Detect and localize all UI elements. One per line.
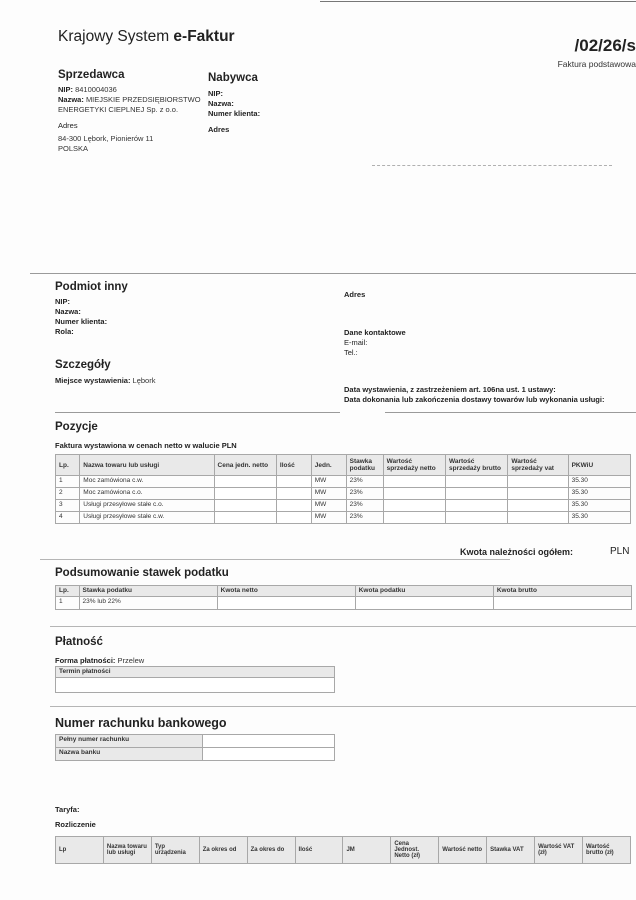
cell-net xyxy=(383,488,445,500)
col-gross: Kwota brutto xyxy=(493,586,631,597)
col-vat-rate: Stawka VAT xyxy=(487,837,535,864)
seller-name-line1: MIEJSKIE PRZEDSIĘBIORSTWO xyxy=(86,95,201,104)
bank-name-value xyxy=(203,748,335,761)
bank-heading: Numer rachunku bankowego xyxy=(55,716,227,730)
other-name-label: Nazwa: xyxy=(55,307,255,317)
cell-unit: MW xyxy=(311,500,346,512)
seller-address-label: Adres xyxy=(58,121,208,131)
seller-nip: 8410004036 xyxy=(75,85,117,94)
tax-summary-header-row: Lp. Stawka podatku Kwota netto Kwota pod… xyxy=(56,586,632,597)
other-client-label: Numer klienta: xyxy=(55,317,255,327)
scan-edge xyxy=(320,1,636,2)
dates-section: Data wystawienia, z zastrzeżeniem art. 1… xyxy=(344,385,636,405)
cell-name: Usługi przesyłowe stałe c.w. xyxy=(80,512,214,524)
col-lp: Lp. xyxy=(56,455,80,476)
cell-unit-price xyxy=(214,512,276,524)
col-unit: JM xyxy=(343,837,391,864)
table-row: 4 Usługi przesyłowe stałe c.w. MW 23% 35… xyxy=(56,512,631,524)
col-unit-price: Cena Jednost. Netto (zł) xyxy=(391,837,439,864)
cell-qty xyxy=(276,500,311,512)
total-label: Kwota należności ogółem: xyxy=(460,547,573,557)
total-currency: PLN xyxy=(610,546,629,557)
cell-lp: 1 xyxy=(56,476,80,488)
cell-net xyxy=(217,597,355,610)
cell-gross xyxy=(493,597,631,610)
seller-section: Sprzedawca NIP: 8410004036 Nazwa: MIEJSK… xyxy=(58,69,208,154)
tariff-label: Taryfa: xyxy=(55,805,79,815)
cell-lp: 2 xyxy=(56,488,80,500)
cell-name: Usługi przesyłowe stałe c.o. xyxy=(80,500,214,512)
cell-pkwiu: 35.30 xyxy=(568,488,630,500)
table-row: 2 Moc zamówiona c.o. MW 23% 35.30 xyxy=(56,488,631,500)
col-net: Wartość sprzedaży netto xyxy=(383,455,445,476)
other-entity-section: Podmiot inny NIP: Nazwa: Numer klienta: … xyxy=(55,281,255,337)
cell-tax xyxy=(355,597,493,610)
positions-heading: Pozycje xyxy=(55,421,98,433)
cell-lp: 4 xyxy=(56,512,80,524)
issue-date-label: Data wystawienia, z zastrzeżeniem art. 1… xyxy=(344,385,636,395)
col-tax: Kwota podatku xyxy=(355,586,493,597)
tax-summary-table: Lp. Stawka podatku Kwota netto Kwota pod… xyxy=(55,585,632,610)
place-value: Lębork xyxy=(133,376,156,385)
bank-table: Pełny numer rachunku Nazwa banku xyxy=(55,734,335,761)
bank-name-row: Nazwa banku xyxy=(56,748,335,761)
cell-lp: 1 xyxy=(56,597,80,610)
col-unit-price: Cena jedn. netto xyxy=(214,455,276,476)
divider xyxy=(30,273,636,274)
cell-pkwiu: 35.30 xyxy=(568,476,630,488)
cell-gross xyxy=(445,476,507,488)
col-vat-amount: Wartość VAT (zł) xyxy=(535,837,583,864)
other-entity-heading: Podmiot inny xyxy=(55,281,255,293)
col-gross: Wartość brutto (zł) xyxy=(582,837,630,864)
cell-unit-price xyxy=(214,500,276,512)
details-heading: Szczegóły xyxy=(55,359,335,371)
payment-due-table: Termin płatności xyxy=(55,666,335,693)
place-label: Miejsce wystawienia: xyxy=(55,376,130,385)
buyer-section: Nabywca NIP: Nazwa: Numer klienta: Adres xyxy=(208,72,328,135)
positions-table: Lp. Nazwa towaru lub usługi Cena jedn. n… xyxy=(55,454,631,524)
invoice-number: /02/26/s xyxy=(575,36,636,56)
cell-gross xyxy=(445,512,507,524)
cell-gross xyxy=(445,500,507,512)
cell-qty xyxy=(276,476,311,488)
cell-unit-price xyxy=(214,488,276,500)
col-name: Nazwa towaru lub usługi xyxy=(103,837,151,864)
title-bold: e-Faktur xyxy=(173,28,234,45)
seller-name-label: Nazwa: xyxy=(58,95,84,104)
other-phone-label: Tel.: xyxy=(344,348,594,358)
cell-qty xyxy=(276,488,311,500)
divider xyxy=(50,626,636,627)
col-gross: Wartość sprzedaży brutto xyxy=(445,455,507,476)
seller-nip-label: NIP: xyxy=(58,85,73,94)
other-contact-label: Dane kontaktowe xyxy=(344,328,594,338)
cell-net xyxy=(383,512,445,524)
other-nip-label: NIP: xyxy=(55,297,255,307)
due-label: Termin płatności xyxy=(56,667,335,678)
details-section: Szczegóły Miejsce wystawienia: Lębork xyxy=(55,359,335,386)
cell-unit-price xyxy=(214,476,276,488)
seller-name-line2: ENERGETYKI CIEPLNEJ Sp. z o.o. xyxy=(58,105,208,115)
col-net: Kwota netto xyxy=(217,586,355,597)
col-period-from: Za okres od xyxy=(199,837,247,864)
bank-account-row: Pełny numer rachunku xyxy=(56,735,335,748)
seller-heading: Sprzedawca xyxy=(58,69,208,81)
divider xyxy=(50,706,636,707)
col-net: Wartość netto xyxy=(439,837,487,864)
seller-address-line2: POLSKA xyxy=(58,144,208,154)
col-name: Nazwa towaru lub usługi xyxy=(80,455,214,476)
payment-due-row xyxy=(56,678,335,693)
due-value xyxy=(56,678,335,693)
settlement-header-row: Lp Nazwa towaru lub usługi Typ urządzeni… xyxy=(56,837,631,864)
col-vat: Wartość sprzedaży vat xyxy=(508,455,568,476)
payment-due-header: Termin płatności xyxy=(56,667,335,678)
cell-tax-rate: 23% xyxy=(346,476,383,488)
payment-method-label: Forma płatności: xyxy=(55,656,115,665)
cell-vat xyxy=(508,488,568,500)
cell-pkwiu: 35.30 xyxy=(568,512,630,524)
cell-tax-rate: 23% xyxy=(346,488,383,500)
other-email-label: E-mail: xyxy=(344,338,594,348)
col-device-type: Typ urządzenia xyxy=(151,837,199,864)
buyer-heading: Nabywca xyxy=(208,72,328,84)
cell-lp: 3 xyxy=(56,500,80,512)
seller-address-line1: 84-300 Lębork, Pionierów 11 xyxy=(58,134,208,144)
payment-heading: Płatność xyxy=(55,636,103,648)
table-row: 1 Moc zamówiona c.w. MW 23% 35.30 xyxy=(56,476,631,488)
col-qty: Ilość xyxy=(276,455,311,476)
faint-line xyxy=(372,165,612,166)
table-row: 3 Usługi przesyłowe stałe c.o. MW 23% 35… xyxy=(56,500,631,512)
buyer-address-label: Adres xyxy=(208,125,328,135)
cell-vat xyxy=(508,500,568,512)
bank-name-label: Nazwa banku xyxy=(56,748,203,761)
cell-unit: MW xyxy=(311,512,346,524)
other-role-label: Rola: xyxy=(55,327,255,337)
cell-gross xyxy=(445,488,507,500)
cell-net xyxy=(383,476,445,488)
tax-summary-heading: Podsumowanie stawek podatku xyxy=(55,567,229,579)
cell-pkwiu: 35.30 xyxy=(568,500,630,512)
buyer-name-label: Nazwa: xyxy=(208,99,328,109)
delivery-date-label: Data dokonania lub zakończenia dostawy t… xyxy=(344,395,636,405)
cell-tax-rate: 23% xyxy=(346,500,383,512)
cell-unit: MW xyxy=(311,476,346,488)
page-title: Krajowy System e-Faktur xyxy=(58,28,235,46)
col-period-to: Za okres do xyxy=(247,837,295,864)
divider xyxy=(55,412,340,413)
other-address-label: Adres xyxy=(344,290,594,300)
col-pkwiu: PKWiU xyxy=(568,455,630,476)
col-lp: Lp. xyxy=(56,586,80,597)
account-label: Pełny numer rachunku xyxy=(56,735,203,748)
invoice-type: Faktura podstawowa xyxy=(558,59,636,69)
col-unit: Jedn. xyxy=(311,455,346,476)
buyer-nip-label: NIP: xyxy=(208,89,328,99)
cell-unit: MW xyxy=(311,488,346,500)
buyer-client-label: Numer klienta: xyxy=(208,109,328,119)
divider xyxy=(385,412,636,413)
col-tax-rate: Stawka podatku xyxy=(346,455,383,476)
cell-vat xyxy=(508,476,568,488)
other-entity-right: Adres Dane kontaktowe E-mail: Tel.: xyxy=(344,290,594,358)
col-qty: Ilość xyxy=(295,837,343,864)
positions-subheading: Faktura wystawiona w cenach netto w walu… xyxy=(55,441,237,451)
cell-vat xyxy=(508,512,568,524)
divider xyxy=(40,559,510,560)
table-row: 1 23% lub 22% xyxy=(56,597,632,610)
cell-tax-rate: 23% xyxy=(346,512,383,524)
positions-header-row: Lp. Nazwa towaru lub usługi Cena jedn. n… xyxy=(56,455,631,476)
cell-name: Moc zamówiona c.o. xyxy=(80,488,214,500)
account-value xyxy=(203,735,335,748)
payment-method: Przelew xyxy=(118,656,145,665)
col-rate: Stawka podatku xyxy=(79,586,217,597)
settlement-heading: Rozliczenie xyxy=(55,820,96,830)
cell-name: Moc zamówiona c.w. xyxy=(80,476,214,488)
settlement-table: Lp Nazwa towaru lub usługi Typ urządzeni… xyxy=(55,836,631,864)
cell-rate: 23% lub 22% xyxy=(79,597,217,610)
col-lp: Lp xyxy=(56,837,104,864)
cell-qty xyxy=(276,512,311,524)
title-plain: Krajowy System xyxy=(58,28,173,45)
cell-net xyxy=(383,500,445,512)
